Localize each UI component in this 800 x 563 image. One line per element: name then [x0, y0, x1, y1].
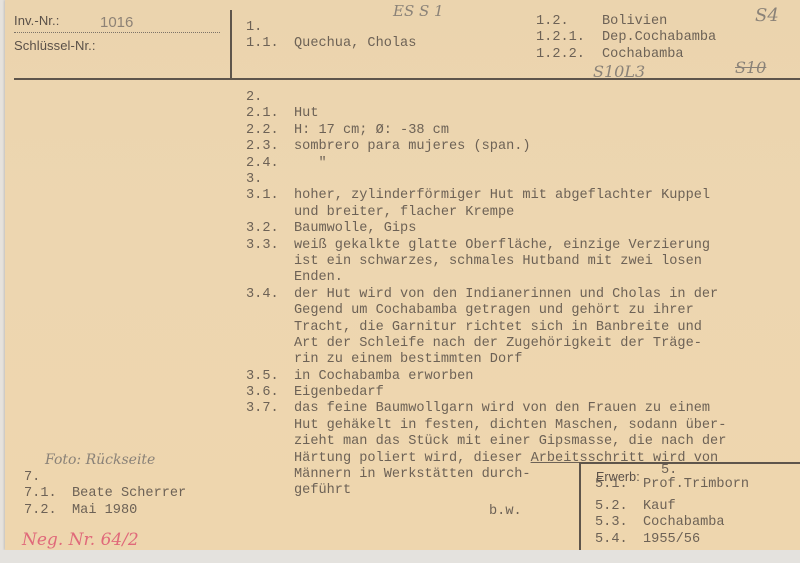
entry-line: 5.4.1955/56	[595, 532, 749, 548]
handwritten-code: S10L3	[593, 62, 645, 81]
entry-text: Enden.	[294, 270, 343, 286]
entry-number	[246, 303, 294, 319]
entry-number	[246, 254, 294, 270]
entry-number: 3.2.	[246, 221, 294, 237]
entry-number: 3.5.	[246, 369, 294, 385]
entry-number: 2.2.	[246, 123, 294, 139]
entry-line: 2.1.Hut	[246, 106, 531, 122]
section-7: 7.7.1.Beate Scherrer7.2.Mai 1980	[24, 470, 186, 519]
entry-text: Art der Schleife nach der Zugehörigkeit …	[294, 336, 702, 352]
entry-number: 1.2.2.	[536, 47, 602, 63]
entry-number: 7.2.	[24, 503, 72, 519]
entry-line: 2.3.sombrero para mujeres (span.)	[246, 139, 531, 155]
schluessel-nr-label: Schlüssel-Nr.:	[14, 38, 96, 53]
entry-text: sombrero para mujeres (span.)	[294, 139, 531, 155]
entry-number: 3.3.	[246, 238, 294, 254]
entry-line: 3.1.hoher, zylinderförmiger Hut mit abge…	[246, 188, 726, 204]
entry-number: 2.1.	[246, 106, 294, 122]
entry-number: 3.7.	[246, 401, 294, 417]
section-2: 2.2.1.Hut2.2.H: 17 cm; Ø: -38 cm2.3.somb…	[246, 90, 531, 172]
entry-number: 5.3.	[595, 515, 643, 531]
entry-number	[246, 434, 294, 450]
acquisition-box-left-rule	[579, 462, 581, 550]
entry-number: 5.	[661, 463, 709, 477]
entry-text: "	[294, 156, 327, 172]
entry-text: Hut	[294, 106, 318, 122]
entry-text: Prof.Trimborn	[643, 477, 749, 499]
entry-number: 3.4.	[246, 287, 294, 303]
entry-line: 1.2.2.Cochabamba	[536, 47, 716, 63]
acquisition-section: 5.5.1.Prof.Trimborn5.2.Kauf5.3.Cochabamb…	[595, 463, 749, 548]
entry-text: hoher, zylinderförmiger Hut mit abgeflac…	[294, 188, 710, 204]
entry-number: 5.1.	[595, 477, 643, 499]
entry-text: Hut gehäkelt in festen, dichten Maschen,…	[294, 418, 726, 434]
entry-number: 3.1.	[246, 188, 294, 204]
entry-text: Cochabamba	[643, 515, 725, 531]
section-1-2: 1.2.Bolivien1.2.1.Dep.Cochabamba1.2.2.Co…	[536, 14, 716, 63]
header-divider	[230, 10, 232, 78]
entry-number	[246, 418, 294, 434]
entry-text: H: 17 cm; Ø: -38 cm	[294, 123, 449, 139]
handwritten-classification: ES S 1	[393, 2, 444, 20]
entry-number	[246, 467, 294, 483]
section-3: 3.3.1.hoher, zylinderförmiger Hut mit ab…	[246, 172, 726, 500]
entry-number	[246, 270, 294, 286]
entry-number	[246, 320, 294, 336]
handwritten-photo-note: Foto: Rückseite	[45, 452, 155, 468]
inv-nr-label: Inv.-Nr.:	[14, 13, 59, 28]
entry-text: Gegend um Cochabamba getragen und gehört…	[294, 303, 694, 319]
red-negative-number: Neg. Nr. 64/2	[22, 530, 139, 550]
entry-line: Hut gehäkelt in festen, dichten Maschen,…	[246, 418, 726, 434]
entry-number: 1.2.1.	[536, 30, 602, 46]
entry-line: 3.7.das feine Baumwollgarn wird von den …	[246, 401, 726, 417]
entry-line: und breiter, flacher Krempe	[246, 205, 726, 221]
entry-number	[246, 336, 294, 352]
entry-text: Kauf	[643, 499, 676, 515]
header-rule	[14, 78, 800, 80]
entry-line: Enden.	[246, 270, 726, 286]
handwritten-corner-mark: S4	[755, 5, 779, 26]
entry-text: in Cochabamba erworben	[294, 369, 473, 385]
entry-line: zieht man das Stück mit einer Gipsmasse,…	[246, 434, 726, 450]
entry-text: geführt	[294, 483, 351, 499]
entry-line: 5.	[595, 463, 749, 477]
entry-text: 1955/56	[643, 532, 700, 548]
entry-line: ist ein schwarzes, schmales Hutband mit …	[246, 254, 726, 270]
entry-line: 3.3.weiß gekalkte glatte Oberfläche, ein…	[246, 238, 726, 254]
entry-number: 1.2.	[536, 14, 602, 30]
entry-line: Gegend um Cochabamba getragen und gehört…	[246, 303, 726, 319]
entry-line: 3.6.Eigenbedarf	[246, 385, 726, 401]
entry-line: 1.	[246, 20, 416, 36]
entry-line: 7.2.Mai 1980	[24, 503, 186, 519]
handwritten-struck-code: S10	[735, 58, 766, 77]
entry-number: 2.	[246, 90, 294, 106]
entry-line: 5.2.Kauf	[595, 499, 749, 515]
entry-number: 3.6.	[246, 385, 294, 401]
entry-line: 2.2.H: 17 cm; Ø: -38 cm	[246, 123, 531, 139]
entry-line: 7.	[24, 470, 186, 486]
entry-text: Quechua, Cholas	[294, 36, 416, 52]
entry-line: Tracht, die Garnitur richtet sich in Ban…	[246, 320, 726, 336]
entry-number: 1.1.	[246, 36, 294, 52]
entry-number	[246, 483, 294, 499]
section-1: 1.1.1.Quechua, Cholas	[246, 20, 416, 53]
entry-text: rin zu einem bestimmten Dorf	[294, 352, 522, 368]
entry-number	[246, 451, 294, 467]
entry-line: 5.1.Prof.Trimborn	[595, 477, 749, 499]
entry-text: ist ein schwarzes, schmales Hutband mit …	[294, 254, 702, 270]
scan-background	[0, 550, 800, 563]
continued-overleaf-note: b.w.	[489, 504, 522, 520]
entry-line: 7.1.Beate Scherrer	[24, 486, 186, 502]
entry-number: 3.	[246, 172, 294, 188]
entry-number: 5.4.	[595, 532, 643, 548]
entry-number: 7.	[24, 470, 72, 486]
entry-text: Eigenbedarf	[294, 385, 384, 401]
entry-text: Mai 1980	[72, 503, 137, 519]
entry-text: Baumwolle, Gips	[294, 221, 416, 237]
entry-line: 5.3.Cochabamba	[595, 515, 749, 531]
entry-number: 2.3.	[246, 139, 294, 155]
entry-line: 3.5.in Cochabamba erworben	[246, 369, 726, 385]
entry-line: 3.2.Baumwolle, Gips	[246, 221, 726, 237]
entry-line: 1.2.Bolivien	[536, 14, 716, 30]
entry-text: Tracht, die Garnitur richtet sich in Ban…	[294, 320, 702, 336]
entry-text: Cochabamba	[602, 47, 684, 63]
inv-nr-dotted-line	[14, 32, 220, 33]
entry-line: 2.4. "	[246, 156, 531, 172]
entry-text: zieht man das Stück mit einer Gipsmasse,…	[294, 434, 726, 450]
entry-number	[246, 205, 294, 221]
entry-number: 7.1.	[24, 486, 72, 502]
entry-line: 3.	[246, 172, 726, 188]
entry-line: 2.	[246, 90, 531, 106]
entry-text: das feine Baumwollgarn wird von den Frau…	[294, 401, 710, 417]
entry-line: 1.2.1.Dep.Cochabamba	[536, 30, 716, 46]
entry-text: Bolivien	[602, 14, 667, 30]
entry-line: Art der Schleife nach der Zugehörigkeit …	[246, 336, 726, 352]
entry-line: rin zu einem bestimmten Dorf	[246, 352, 726, 368]
entry-line: 3.4.der Hut wird von den Indianerinnen u…	[246, 287, 726, 303]
entry-text: Männern in Werkstätten durch-	[294, 467, 531, 483]
entry-number: 1.	[246, 20, 294, 36]
entry-number	[246, 352, 294, 368]
inv-nr-value: 1016	[100, 15, 133, 31]
entry-text: und breiter, flacher Krempe	[294, 205, 514, 221]
entry-text: weiß gekalkte glatte Oberfläche, einzige…	[294, 238, 710, 254]
entry-text: Dep.Cochabamba	[602, 30, 716, 46]
entry-text: der Hut wird von den Indianerinnen und C…	[294, 287, 718, 303]
entry-line: 1.1.Quechua, Cholas	[246, 36, 416, 52]
entry-number: 2.4.	[246, 156, 294, 172]
entry-text: Beate Scherrer	[72, 486, 186, 502]
entry-number: 5.2.	[595, 499, 643, 515]
